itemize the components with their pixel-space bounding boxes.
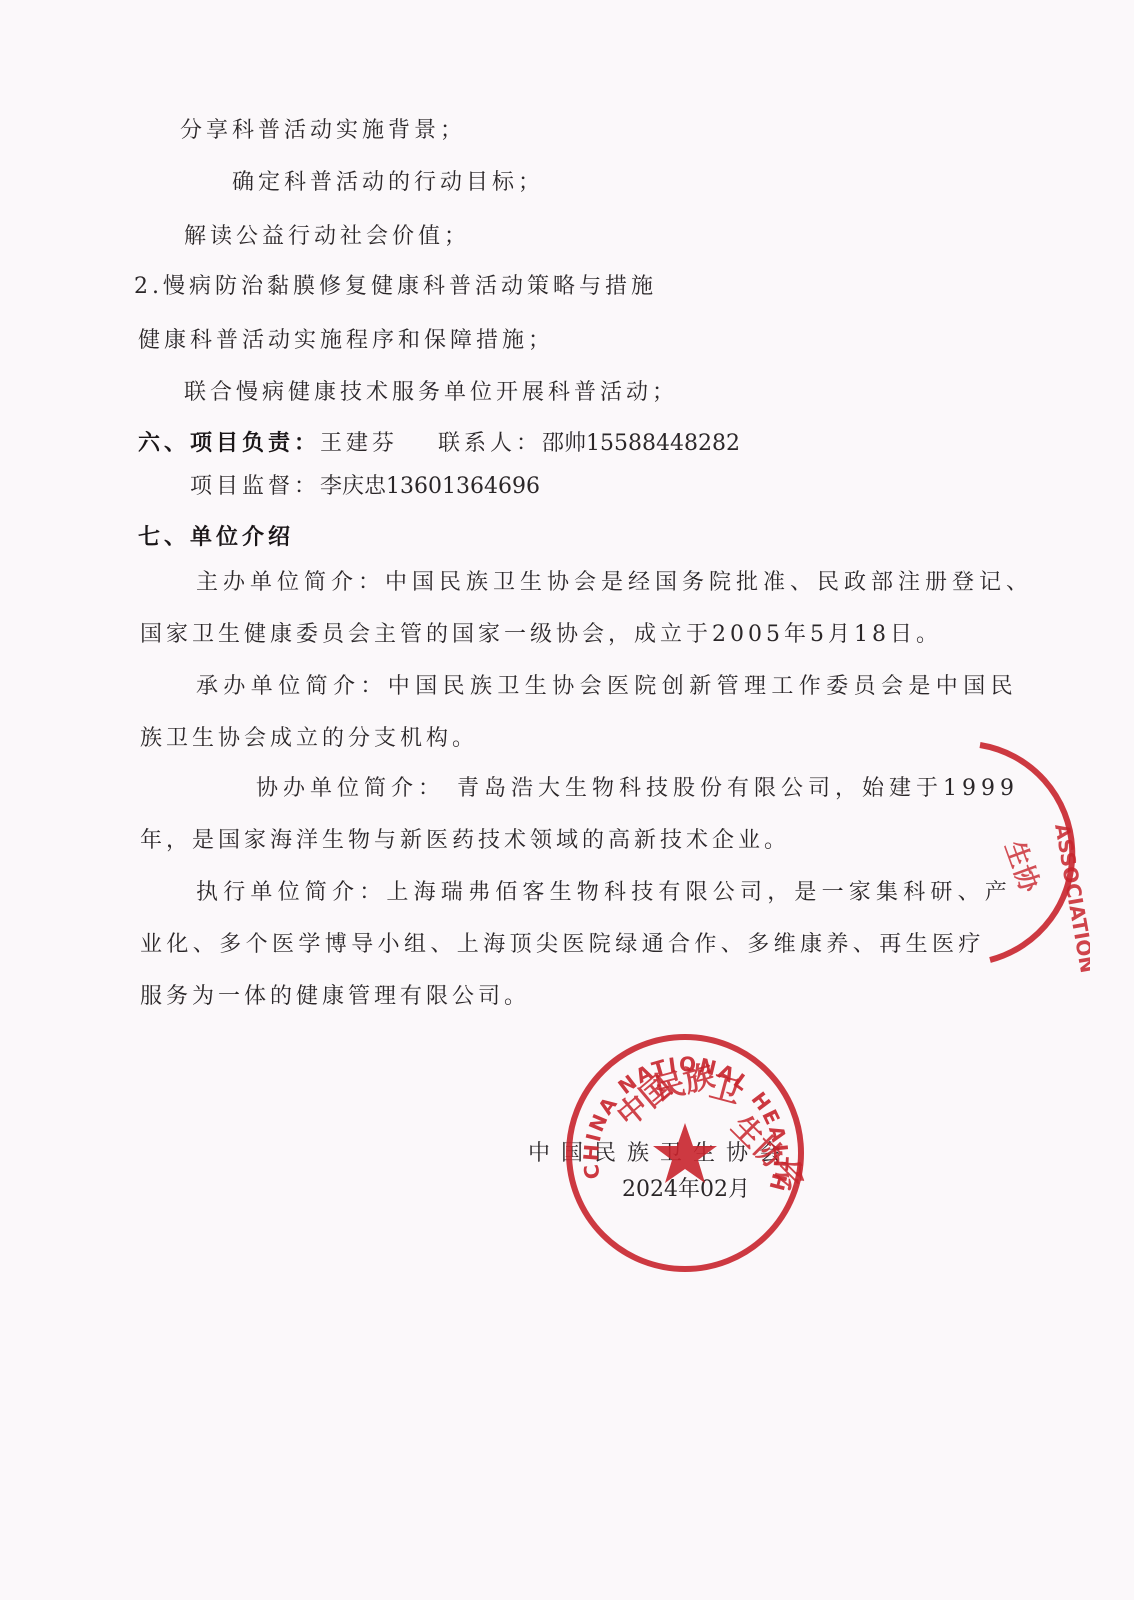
supervisor-label: 项目监督： (190, 474, 320, 499)
supervisor-row: 项目监督：李庆忠13601364696 (190, 472, 540, 502)
signature-date: 2024年02月 (622, 1172, 750, 1203)
section-heading: 六、项目负责： (138, 430, 320, 456)
section-heading: 七、单位介绍 (138, 522, 294, 552)
paragraph-line: 业化、多个医学博导小组、上海顶尖医院绿通合作、多维康养、再生医疗 (140, 930, 985, 960)
svg-text:ASSOCIATION: ASSOCIATION (1050, 822, 1090, 975)
list-item: 确定科普活动的行动目标； (232, 168, 544, 198)
paragraph-line: 主办单位简介：中国民族卫生协会是经国务院批准、民政部注册登记、 (196, 568, 1033, 598)
list-item: 健康科普活动实施程序和保障措施； (138, 326, 554, 356)
project-leader-row: 六、项目负责：王建芬联系人：邵帅15588448282 (138, 428, 740, 459)
list-item: 2.慢病防治黏膜修复健康科普活动策略与措施 (134, 272, 657, 302)
svg-text:卫: 卫 (706, 1070, 744, 1112)
paragraph-line: 承办单位简介：中国民族卫生协会医院创新管理工作委员会是中国民 (196, 672, 1018, 702)
contact-label: 联系人： (438, 431, 542, 456)
svg-text:民族: 民族 (651, 1058, 718, 1107)
supervisor-value: 李庆忠13601364696 (320, 474, 540, 499)
contact-value: 邵帅15588448282 (542, 431, 740, 456)
signature-org: 中 国 民 族 卫 生 协 会 (528, 1136, 783, 1167)
list-item: 解读公益行动社会价值； (184, 222, 470, 252)
paragraph-line: 执行单位简介：上海瑞弗佰客生物科技有限公司，是一家集科研、产 (196, 878, 1012, 908)
list-item: 分享科普活动实施背景； (180, 116, 466, 146)
leader-name: 王建芬 (320, 431, 398, 456)
list-item: 联合慢病健康技术服务单位开展科普活动； (184, 378, 678, 408)
paragraph-line: 年，是国家海洋生物与新医药技术领域的高新技术企业。 (140, 826, 790, 856)
paragraph-line: 族卫生协会成立的分支机构。 (140, 724, 478, 754)
paragraph-line: 国家卫生健康委员会主管的国家一级协会，成立于2005年5月18日。 (140, 620, 942, 650)
svg-text:中国: 中国 (611, 1069, 679, 1134)
paragraph-line: 协办单位简介： 青岛浩大生物科技股份有限公司，始建于1999 (256, 774, 1019, 804)
paragraph-line: 服务为一体的健康管理有限公司。 (140, 982, 530, 1012)
